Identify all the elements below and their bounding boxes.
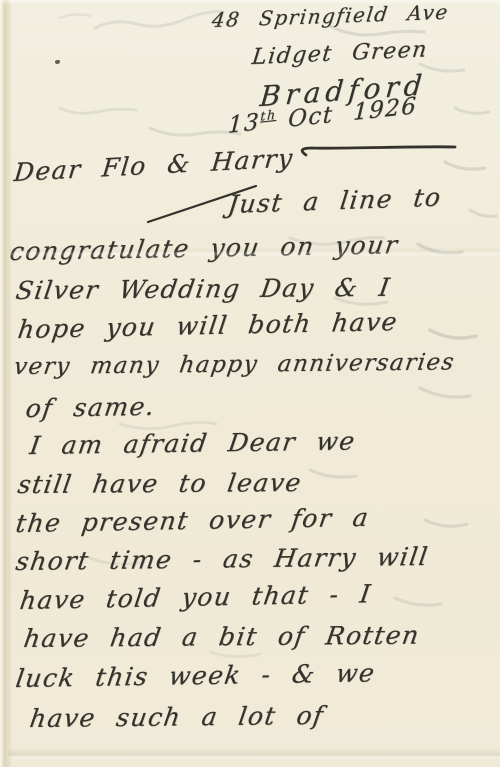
paper-fold-line [0,246,500,258]
letter-line: of same. [24,392,158,423]
letter-line: very many happy anniversaries [12,349,457,380]
salutation: Dear Flo & Harry [12,143,295,187]
page-edge [0,0,500,4]
letter-line: Just a line to [226,182,443,219]
letter-line: have such a lot of [28,701,326,733]
paper-fold-line [0,748,500,760]
letter-line: I am afraid Dear we [28,426,358,460]
letter-line: have had a bit of Rotten [22,621,422,653]
letter-line: hope you will both have [16,307,400,344]
letter-line: luck this week - & we [14,658,378,693]
date-day: 13 [227,109,260,139]
ink-speck [55,60,60,64]
page-edge [0,0,14,767]
letter-line: short time - as Harry will [14,542,431,576]
letter-line: the present over for a [14,503,371,538]
date-underline-flourish [302,147,455,155]
letter-line: have told you that - I [18,579,373,615]
address-line-1: 48 Springfield Ave [211,0,451,32]
letter-line: Silver Wedding Day & I [14,273,393,305]
date-suffix: th [260,107,277,124]
letter-line: still have to leave [16,468,304,499]
letter-page: 48 Springfield Ave Lidget Green Bradford… [0,0,500,767]
address-line-2: Lidget Green [251,37,430,70]
